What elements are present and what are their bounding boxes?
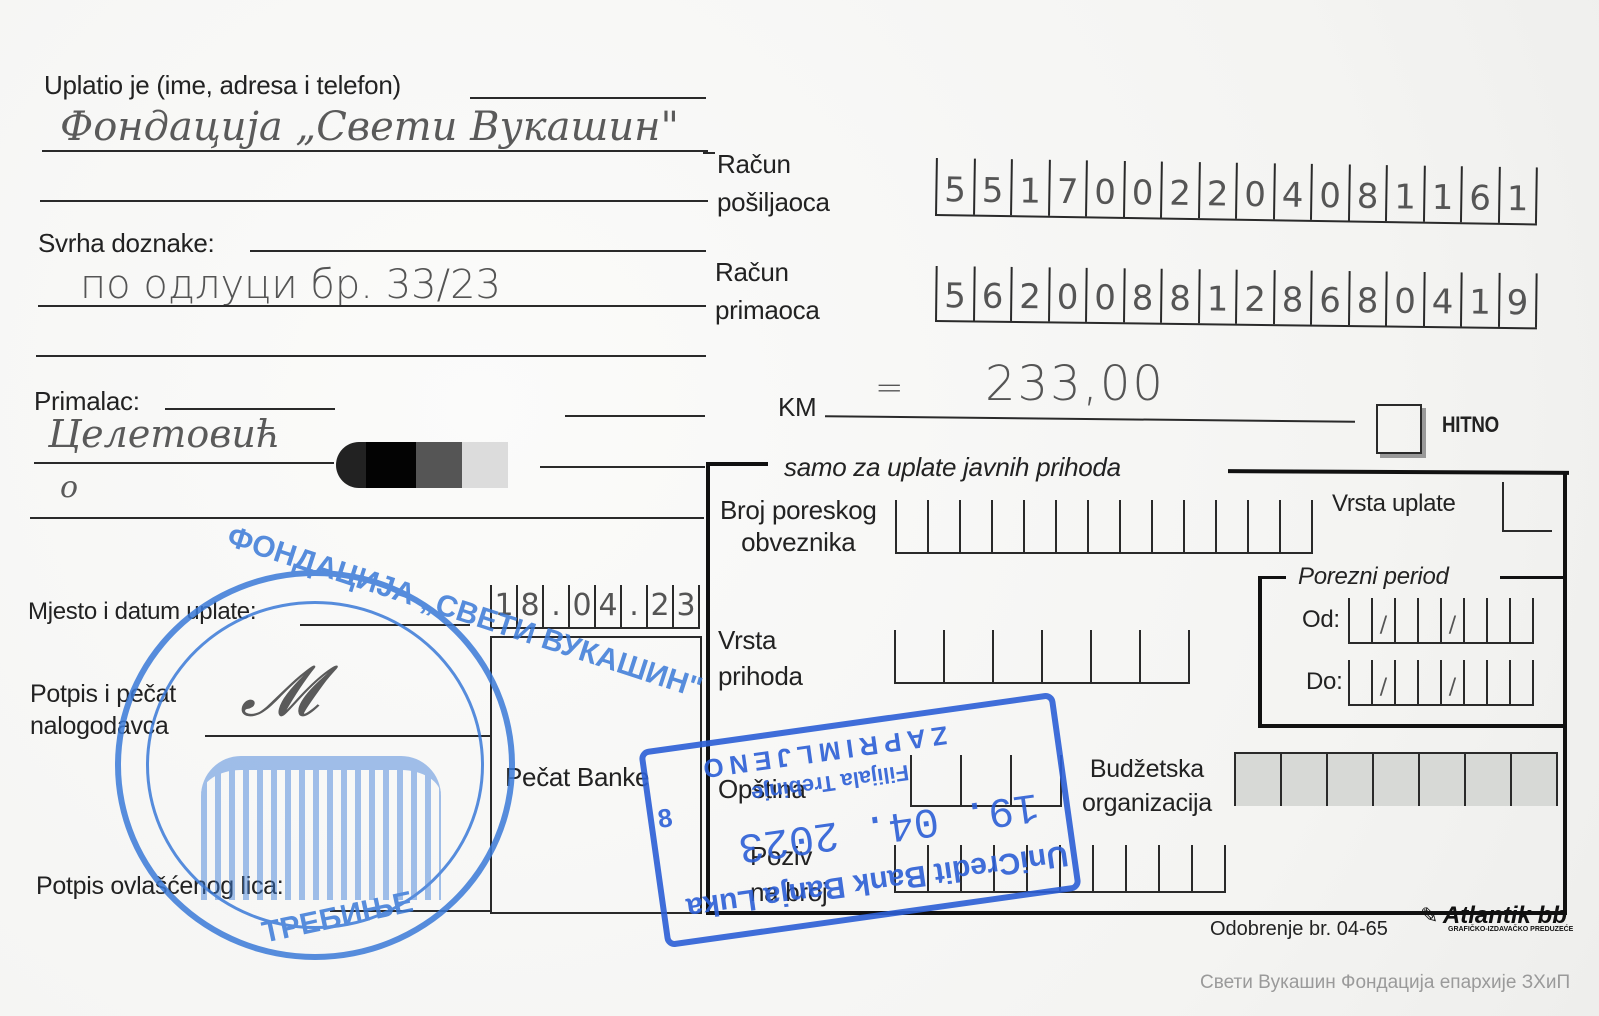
empty-cell: [1350, 598, 1373, 642]
digit-cell: 4: [596, 585, 622, 627]
sender-account-label-line2: pošiljaoca: [717, 183, 830, 221]
recipient-account-field[interactable]: 5620088128680419: [935, 266, 1538, 329]
recipient-account-label-line1: Račun: [715, 253, 820, 291]
digit-cell: 0: [1087, 268, 1125, 322]
digit-cell: 8: [1162, 269, 1200, 323]
divider: [250, 250, 706, 252]
digit-cell: 0: [1387, 272, 1425, 326]
budget-org-label-line2: organizacija: [1082, 786, 1212, 820]
empty-cell: [1043, 630, 1092, 682]
empty-cell: [1057, 500, 1089, 552]
budget-org-label-line1: Budžetska: [1082, 752, 1212, 786]
payment-type-label: Vrsta uplate: [1332, 490, 1456, 518]
sender-account-label-line1: Račun: [717, 145, 830, 183]
church-emblem-icon: [201, 756, 441, 900]
bank-received-stamp: ZAPRIMLJENO Filijala Trebinje 19. 04. 20…: [638, 692, 1082, 949]
budget-cell: [1512, 754, 1558, 806]
empty-cell: [1511, 598, 1534, 642]
divider: [40, 200, 708, 202]
revenue-type-label-line2: prihoda: [718, 658, 803, 694]
empty-cell: [1089, 500, 1121, 552]
empty-cell: /: [1373, 598, 1396, 642]
publisher-logo: ✎ Atlantik bb GRAFIČKO-IZDAVAČKO PREDUZE…: [1420, 902, 1573, 933]
urgent-label: HITNO: [1442, 412, 1499, 438]
sender-account-label: Račun pošiljaoca: [717, 145, 830, 221]
budget-cell: [1420, 754, 1466, 806]
empty-cell: [1193, 845, 1226, 891]
frame-top-right: [1228, 469, 1569, 475]
revenue-type-field[interactable]: [894, 630, 1190, 684]
empty-cell: [1121, 500, 1153, 552]
empty-cell: [993, 500, 1025, 552]
period-frame-top: [1258, 576, 1286, 579]
payer-value[interactable]: Фондација „Свети Вукашин": [60, 104, 679, 150]
digit-cell: 5: [937, 266, 975, 320]
budget-cell: [1374, 754, 1420, 806]
digit-cell: 5: [937, 158, 975, 215]
revenue-type-label: Vrsta prihoda: [718, 622, 803, 694]
digit-cell: 7: [1050, 160, 1088, 217]
digit-cell: 4: [1424, 272, 1462, 326]
empty-cell: [1488, 660, 1511, 704]
digit-cell: 5: [975, 159, 1013, 216]
digit-cell: 1: [1424, 166, 1462, 223]
bracket: [703, 152, 715, 154]
tax-period-from-label: Od:: [1302, 606, 1340, 634]
frame-right: [1563, 472, 1567, 912]
budget-cell: [1328, 754, 1374, 806]
empty-cell: [1419, 660, 1442, 704]
empty-cell: [1094, 845, 1127, 891]
empty-cell: /: [1373, 660, 1396, 704]
digit-cell: 0: [1312, 164, 1350, 221]
tax-period-to-field[interactable]: //: [1348, 660, 1534, 706]
tax-period-title: Porezni period: [1298, 563, 1449, 591]
divider: [38, 305, 706, 307]
empty-cell: [1419, 598, 1442, 642]
redaction-block: [336, 442, 508, 488]
digit-cell: 8: [1125, 268, 1163, 322]
empty-cell: [1488, 598, 1511, 642]
digit-cell: 2: [1162, 162, 1200, 219]
digit-cell: 0: [1087, 160, 1125, 217]
empty-cell: [1396, 660, 1419, 704]
empty-cell: [1511, 660, 1534, 704]
currency-label: KM: [778, 392, 816, 423]
recipient-value-line2: о: [60, 470, 78, 505]
digit-cell: 0: [570, 585, 596, 627]
empty-cell: [1025, 500, 1057, 552]
period-frame-bottom: [1258, 724, 1565, 728]
budget-org-label: Budžetska organizacija: [1082, 752, 1212, 820]
period-frame-left: [1258, 578, 1262, 726]
taxpayer-label-line2: obveznika: [720, 526, 877, 558]
bank-stamp-number: 8: [656, 802, 675, 835]
payment-type-field[interactable]: [1502, 482, 1552, 532]
empty-cell: [1092, 630, 1141, 682]
empty-cell: [1185, 500, 1217, 552]
empty-cell: [1160, 845, 1193, 891]
recipient-account-label: Račun primaoca: [715, 253, 820, 329]
budget-cell: [1466, 754, 1512, 806]
empty-cell: /: [1442, 598, 1465, 642]
empty-cell: [1153, 500, 1185, 552]
empty-cell: [961, 500, 993, 552]
divider: [470, 97, 706, 99]
empty-cell: [1217, 500, 1249, 552]
empty-cell: [1465, 660, 1488, 704]
empty-cell: [896, 630, 945, 682]
approval-number: Odobrenje br. 04-65: [1210, 918, 1388, 941]
empty-cell: [1249, 500, 1281, 552]
divider: [540, 466, 705, 468]
budget-cell: [1236, 754, 1282, 806]
foundation-stamp: ФОНДАЦИЈА „СВЕТИ ВУКАШИН" ТРЕБИЊЕ: [115, 570, 515, 960]
digit-cell: 2: [648, 585, 674, 627]
digit-cell: 0: [1125, 161, 1163, 218]
digit-cell: 1: [1499, 167, 1537, 224]
digit-cell: 4: [1274, 163, 1312, 220]
amount-prefix: =: [875, 368, 904, 408]
payer-label: Uplatio je (ime, adresa i telefon): [44, 70, 401, 101]
urgent-checkbox[interactable]: [1376, 404, 1422, 454]
digit-cell: 0: [1237, 163, 1275, 220]
purpose-label: Svrha doznake:: [38, 228, 214, 259]
period-frame-top: [1500, 576, 1565, 579]
bank-seal-label: Pečat Banke: [505, 762, 649, 793]
publisher-logo-icon: ✎: [1420, 903, 1438, 928]
watermark: Свети Вукашин Фондација епархије ЗХиП: [1200, 972, 1570, 994]
empty-cell: [994, 630, 1043, 682]
digit-cell: 6: [975, 266, 1013, 320]
digit-cell: 1: [1200, 269, 1238, 323]
digit-cell: .: [622, 585, 648, 627]
digit-cell: 1: [1462, 272, 1500, 326]
empty-cell: [897, 500, 929, 552]
amount-line: [825, 415, 1355, 423]
digit-cell: 6: [1312, 271, 1350, 325]
amount-value[interactable]: 233,00: [985, 356, 1165, 412]
tax-period-from-field[interactable]: //: [1348, 598, 1534, 644]
frame-top-left: [706, 462, 768, 466]
empty-cell: [1127, 845, 1160, 891]
digit-cell: 8: [1349, 165, 1387, 222]
publisher-subtitle: GRAFIČKO-IZDAVAČKO PREDUZEĆE: [1448, 926, 1573, 933]
digit-cell: 3: [674, 585, 700, 627]
digit-cell: .: [544, 585, 570, 627]
empty-cell: [1396, 598, 1419, 642]
payment-slip: Uplatio je (ime, adresa i telefon) Фонда…: [0, 0, 1599, 1016]
divider: [165, 408, 335, 410]
recipient-account-label-line2: primaoca: [715, 291, 820, 329]
divider: [565, 415, 705, 417]
divider: [30, 517, 704, 519]
taxpayer-label-line1: Broj poreskog: [720, 494, 877, 526]
budget-cell: [1282, 754, 1328, 806]
digit-cell: 8: [1274, 270, 1312, 324]
purpose-value[interactable]: по одлуци бр. 33/23: [80, 262, 501, 308]
empty-cell: [1141, 630, 1190, 682]
empty-cell: [929, 500, 961, 552]
divider: [34, 462, 334, 464]
digit-cell: 0: [1050, 267, 1088, 321]
revenue-type-label-line1: Vrsta: [718, 622, 803, 658]
budget-org-field[interactable]: [1234, 752, 1558, 806]
divider: [36, 355, 706, 357]
public-revenue-title: samo za uplate javnih prihoda: [784, 452, 1121, 483]
digit-cell: 6: [1462, 166, 1500, 223]
tax-period-to-label: Do:: [1306, 668, 1342, 696]
divider: [42, 150, 708, 152]
empty-cell: [1350, 660, 1373, 704]
publisher-name: Atlantik bb: [1443, 902, 1567, 929]
sender-account-field[interactable]: 5517002204081161: [935, 158, 1538, 225]
digit-cell: 1: [1012, 159, 1050, 216]
digit-cell: 1: [1387, 165, 1425, 222]
empty-cell: [1281, 500, 1313, 552]
empty-cell: [945, 630, 994, 682]
digit-cell: 8: [1349, 271, 1387, 325]
digit-cell: 2: [1199, 162, 1237, 219]
empty-cell: /: [1442, 660, 1465, 704]
digit-cell: 2: [1237, 270, 1275, 324]
digit-cell: 2: [1012, 267, 1050, 321]
recipient-value[interactable]: Целетовић: [48, 412, 280, 456]
taxpayer-number-field[interactable]: [895, 500, 1313, 554]
empty-cell: [1465, 598, 1488, 642]
taxpayer-number-label: Broj poreskog obveznika: [720, 494, 877, 558]
digit-cell: 9: [1499, 273, 1537, 327]
